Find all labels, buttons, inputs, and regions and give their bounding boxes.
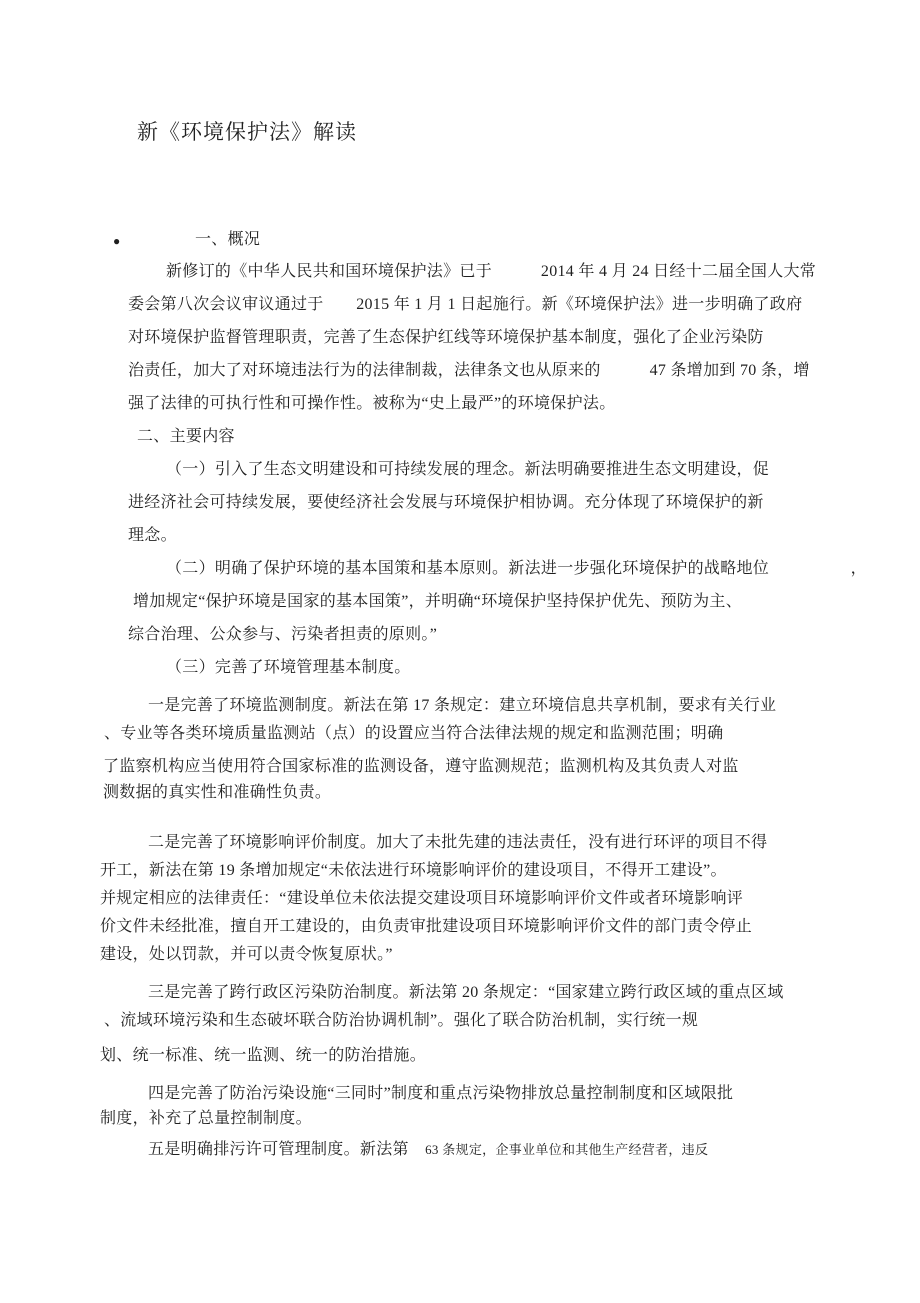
text-line: 进经济社会可持续发展，要使经济社会发展与环境保护相协调。充分体现了环境保护的新 (128, 495, 764, 511)
text-line: 开工，新法在第 19 条增加规定“未依法进行环境影响评价的建设项目，不得开工建设… (100, 863, 727, 879)
text-line: 一是完善了环境监测制度。新法在第 17 条规定：建立环境信息共享机制，要求有关行… (148, 698, 776, 714)
text-line: 委会第八次会议审议通过于 2015 年 1 月 1 日起施行。新《环境保护法》进… (128, 297, 802, 313)
text-line: （一）引入了生态文明建设和可持续发展的理念。新法明确要推进生态文明建设，促 (166, 462, 769, 478)
text-segment: 63 条规定，企事业单位和其他生产经营者，违反 (425, 1142, 708, 1157)
text-line: （三）完善了环境管理基本制度。 (166, 660, 411, 676)
heading-overview: 一、概况 (195, 232, 260, 248)
text-line: 综合治理、公众参与、污染者担责的原则。” (128, 627, 437, 643)
text-line: 了监察机构应当使用符合国家标准的监测设备，遵守监测规范；监测机构及其负责人对监 (103, 759, 739, 775)
text-segment: 五是明确排污许可管理制度。新法第 (148, 1141, 425, 1158)
list-bullet-icon: ● (113, 235, 121, 247)
text-line: 理念。 (128, 528, 177, 544)
text-line: 四是完善了防治污染设施“三同时”制度和重点污染物排放总量控制制度和区域限批 (148, 1086, 733, 1102)
text-line: 并规定相应的法律责任：“建设单位未依法提交建设项目环境影响评价文件或者环境影响评 (100, 891, 743, 907)
text-line: 治责任，加大了对环境违法行为的法律制裁，法律条文也从原来的 47 条增加到 70… (128, 363, 810, 379)
text-line: 划、统一标准、统一监测、统一的防治措施。 (100, 1048, 426, 1064)
text-line: 、流域环境污染和生态破坏联合防治协调机制”。强化了联合防治机制，实行统一规 (104, 1013, 698, 1029)
text-line: 二是完善了环境影响评价制度。加大了未批先建的违法责任，没有进行环评的项目不得 (148, 835, 767, 851)
text-line: 价文件未经批准，擅自开工建设的，由负责审批建设项目环境影响评价文件的部门责令停止 (100, 919, 752, 935)
text-line: （二）明确了保护环境的基本国策和基本原则。新法进一步强化环境保护的战略地位 ， (166, 561, 867, 577)
text-line: 、专业等各类环境质量监测站（点）的设置应当符合法律法规的规定和监测范围；明确 (104, 726, 723, 742)
text-line: 测数据的真实性和准确性负责。 (103, 785, 331, 801)
text-line: 制度，补充了总量控制制度。 (100, 1111, 312, 1127)
text-line: 增加规定“保护环境是国家的基本国策”，并明确“环境保护坚持保护优先、预防为主、 (133, 594, 742, 610)
document-page: 新《环境保护法》解读●一、概况新修订的《中华人民共和国环境保护法》已于 2014… (0, 0, 920, 1303)
text-line: 强了法律的可执行性和可操作性。被称为“史上最严”的环境保护法。 (128, 396, 616, 412)
document-title: 新《环境保护法》解读 (137, 122, 357, 143)
text-line: 建设，处以罚款，并可以责令恢复原状。” (100, 947, 393, 963)
text-line: 新修订的《中华人民共和国环境保护法》已于 2014 年 4 月 24 日经十二届… (166, 264, 816, 280)
text-line: 三是完善了跨行政区污染防治制度。新法第 20 条规定：“国家建立跨行政区域的重点… (148, 985, 784, 1001)
text-line: 对环境保护监督管理职责，完善了生态保护红线等环境保护基本制度，强化了企业污染防 (128, 330, 764, 346)
heading-main-content: 二、主要内容 (137, 429, 235, 445)
last-line: 五是明确排污许可管理制度。新法第 63 条规定，企事业单位和其他生产经营者，违反 (148, 1142, 708, 1158)
